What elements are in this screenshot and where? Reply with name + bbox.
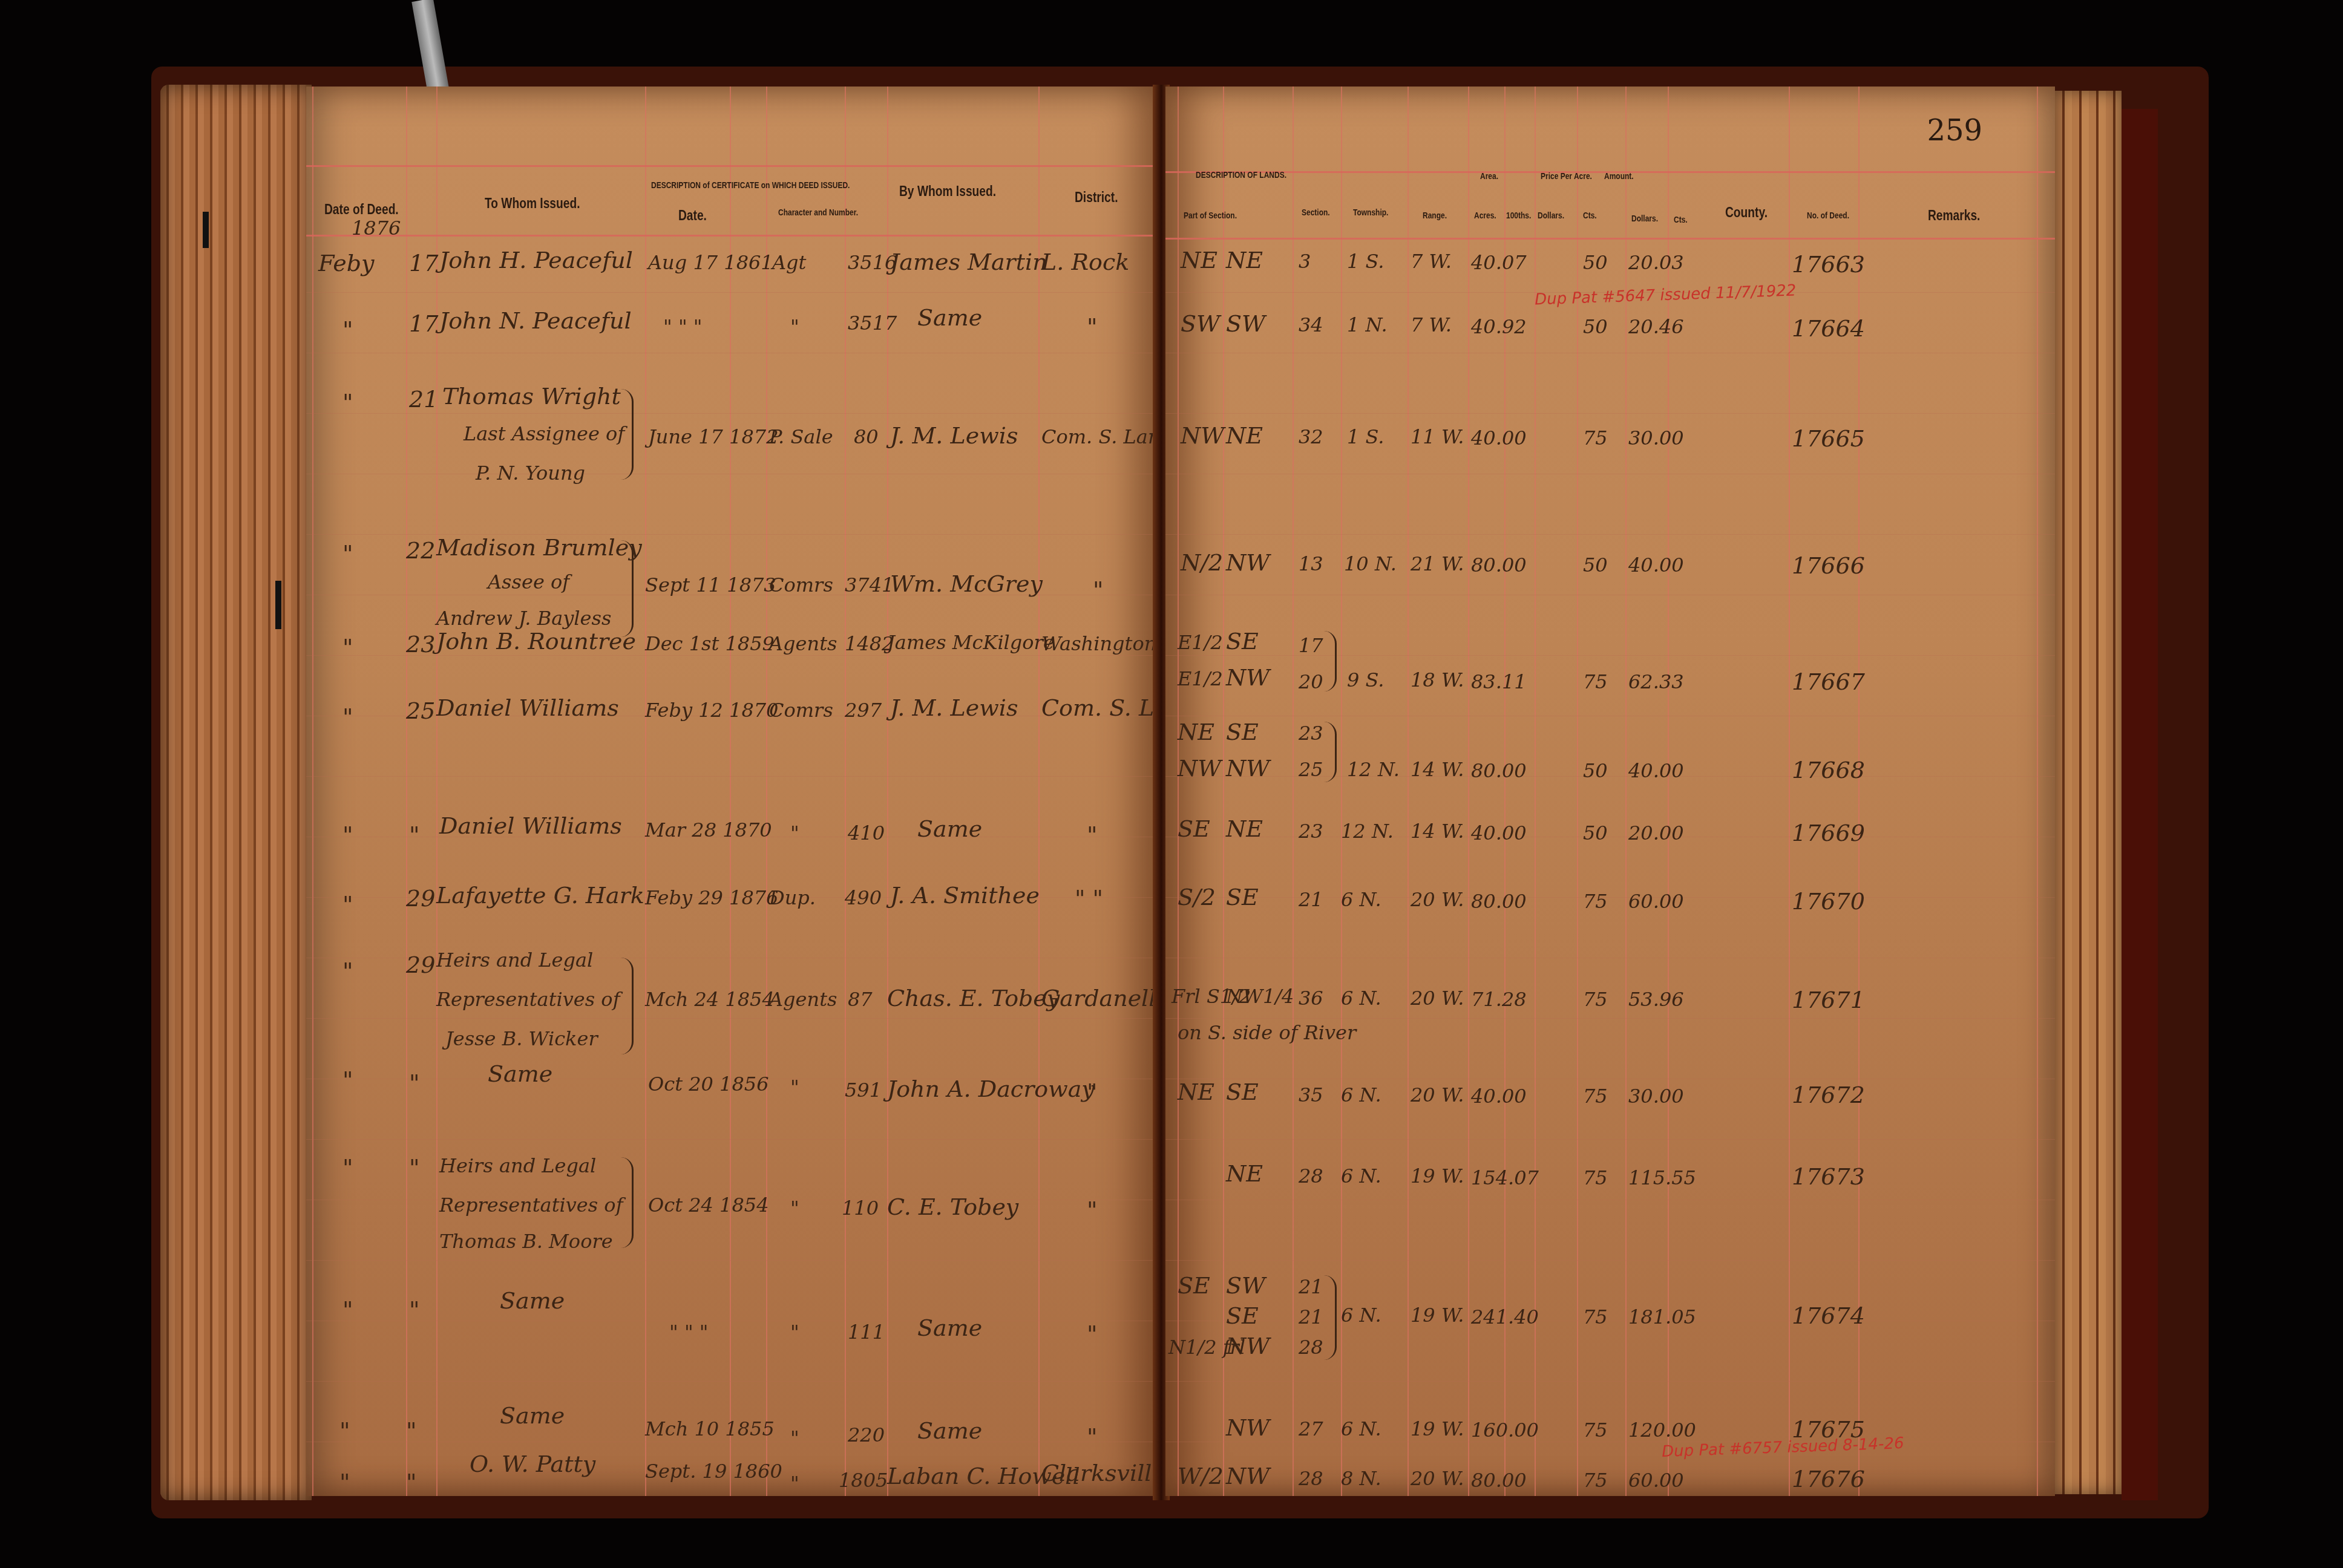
row-day: 17: [409, 310, 438, 337]
right-page-edges: [2055, 91, 2122, 1494]
row-township: 1 S.: [1347, 250, 1384, 273]
row-grantee: Daniel Williams: [439, 812, 622, 839]
grouping-brace: [621, 389, 634, 480]
row-issuer: Wm. McGrey: [890, 570, 1043, 597]
deed-year: 1876: [352, 217, 401, 240]
row-grantee-line3: Andrew J. Bayless: [436, 607, 611, 630]
row-cert-number: 220: [848, 1423, 885, 1446]
row-amount: 60.00: [1628, 890, 1684, 913]
row-deed-number: 17671: [1792, 987, 1865, 1013]
row-cert-character: ": [790, 1076, 799, 1099]
row-cert-character: Agents: [769, 988, 837, 1011]
row-quarter: NW: [1226, 549, 1270, 576]
row-cert-character: ": [790, 1472, 799, 1495]
row-day: ": [406, 1417, 416, 1444]
row-part-of-section: S/2: [1178, 884, 1216, 910]
row-range: 19 W.: [1411, 1417, 1464, 1440]
row-cert-date: Mch 24 1854: [645, 988, 775, 1011]
row-section: 21: [1299, 888, 1323, 911]
header-date-of-deed: Date of Deed.: [324, 201, 399, 218]
row-amount: 30.00: [1628, 426, 1684, 449]
row-month: Feby: [318, 250, 375, 276]
row-grantee: O. W. Patty: [470, 1451, 595, 1477]
row-issuer: Same: [917, 1315, 982, 1341]
row-quarter-2: NW: [1226, 755, 1270, 782]
row-range: 18 W.: [1411, 668, 1464, 691]
row-issuer: James McKilgore: [887, 631, 1055, 654]
row-district: " ": [1075, 885, 1103, 912]
row-acres: 154.07: [1471, 1166, 1539, 1189]
row-district: Gardanelle: [1041, 985, 1170, 1011]
row-section: 32: [1299, 425, 1323, 448]
grouping-brace: [621, 540, 634, 637]
row-range: 14 W.: [1411, 820, 1464, 843]
row-cert-number: 410: [848, 822, 885, 844]
row-part-of-section: SW: [1181, 310, 1220, 337]
row-grantee: John B. Rountree: [436, 628, 636, 655]
header-price-cents: Cts.: [1583, 211, 1597, 221]
row-district: Com. S. L.: [1041, 694, 1161, 721]
row-issuer: Same: [917, 815, 982, 842]
row-day: ": [409, 822, 419, 848]
row-cert-date: Sept 11 1873: [645, 573, 776, 596]
row-deed-number: 17673: [1792, 1163, 1865, 1190]
row-acres: 80.00: [1471, 890, 1527, 913]
row-price: 50: [1583, 759, 1608, 782]
row-issuer: C. E. Tobey: [887, 1194, 1018, 1220]
row-cert-number: 110: [842, 1197, 879, 1220]
row-township: 6 N.: [1341, 987, 1381, 1010]
row-grantee: Heirs and Legal: [439, 1154, 596, 1177]
row-deed-number: 17676: [1792, 1466, 1865, 1492]
row-acres: 40.00: [1471, 1085, 1527, 1108]
row-acres: 71.28: [1471, 988, 1527, 1011]
row-part-of-section: NE: [1181, 247, 1217, 273]
row-section: 34: [1299, 313, 1323, 336]
row-amount: 115.55: [1628, 1166, 1696, 1189]
row-section-2: 25: [1299, 758, 1323, 781]
header-area-group: Area.: [1480, 171, 1498, 181]
row-remark-duplicate-patent: Dup Pat #6757 issued 8-14-26: [1662, 1434, 1904, 1461]
row-grantee: Madison Brumley: [436, 534, 642, 561]
row-price: 75: [1583, 1166, 1608, 1189]
row-part-of-section: NE: [1178, 1079, 1214, 1105]
row-amount: 40.00: [1628, 554, 1684, 577]
row-land-note: on S. side of River: [1178, 1021, 1356, 1044]
row-section: 36: [1299, 987, 1323, 1010]
row-cert-date: Mch 10 1855: [645, 1417, 775, 1440]
row-month: ": [339, 1469, 350, 1495]
row-price: 75: [1583, 1419, 1608, 1442]
row-township: 6 N.: [1341, 1304, 1381, 1327]
row-quarter: NE: [1226, 815, 1263, 842]
row-acres: 80.00: [1471, 1469, 1527, 1492]
row-part-of-section: SE: [1178, 815, 1210, 842]
row-amount: 62.33: [1628, 670, 1684, 693]
row-range: 20 W.: [1411, 1467, 1464, 1490]
row-part-of-section-2: E1/2: [1178, 667, 1223, 690]
row-cert-character: Agt: [772, 251, 806, 274]
row-quarter: NW: [1226, 1414, 1270, 1441]
row-township: 6 N.: [1341, 1083, 1381, 1106]
row-range: 14 W.: [1411, 758, 1464, 781]
row-cert-date: Feby 12 1870: [645, 699, 778, 722]
row-amount: 60.00: [1628, 1469, 1684, 1492]
row-cert-date: Oct 20 1856: [648, 1073, 769, 1096]
row-township: 1 S.: [1347, 425, 1384, 448]
row-price: 75: [1583, 1469, 1608, 1492]
row-day: 25: [406, 697, 435, 724]
row-price: 50: [1583, 315, 1608, 338]
row-cert-number: 1805: [839, 1469, 888, 1492]
row-issuer: Chas. E. Tobey: [887, 985, 1060, 1011]
row-price: 75: [1583, 988, 1608, 1011]
row-grantee: Daniel Williams: [436, 694, 619, 721]
row-township: 12 N.: [1341, 820, 1394, 843]
row-issuer: J. A. Smithee: [890, 882, 1040, 909]
row-quarter: SE: [1226, 719, 1259, 745]
row-deed-number: 17672: [1792, 1082, 1865, 1108]
row-township: 9 S.: [1347, 668, 1384, 691]
row-month: ": [342, 958, 353, 984]
row-range: 21 W.: [1411, 552, 1464, 575]
row-quarter: SE: [1226, 628, 1259, 655]
row-part-of-section-2: NW: [1178, 755, 1221, 782]
row-part-of-section: NE: [1178, 719, 1214, 745]
row-district: ": [1093, 577, 1103, 603]
row-deed-number: 17664: [1792, 315, 1865, 342]
row-day: ": [409, 1070, 419, 1096]
row-range: 20 W.: [1411, 888, 1464, 911]
header-to-whom-issued: To Whom Issued.: [485, 195, 580, 212]
row-section: 27: [1299, 1417, 1323, 1440]
row-township: 10 N.: [1344, 552, 1397, 575]
row-quarter: SE: [1226, 1079, 1259, 1105]
row-grantee: Same: [500, 1402, 565, 1429]
row-range: 20 W.: [1411, 1083, 1464, 1106]
page-number: 259: [1927, 114, 1982, 148]
row-grantee: Same: [500, 1287, 565, 1314]
row-cert-character: P. Sale: [769, 425, 833, 448]
header-hundredths: 100ths.: [1506, 211, 1531, 221]
row-grantee: John H. Peaceful: [439, 247, 633, 273]
row-quarter-2: SE: [1226, 1302, 1259, 1329]
row-cert-character: Comrs: [769, 699, 833, 722]
row-township: 1 N.: [1347, 313, 1388, 336]
row-quarter: SE: [1226, 884, 1259, 910]
row-deed-number: 17668: [1792, 757, 1865, 783]
row-range: 20 W.: [1411, 987, 1464, 1010]
row-cert-character: Comrs: [769, 573, 833, 596]
row-amount: 181.05: [1628, 1305, 1696, 1328]
row-deed-number: 17669: [1792, 820, 1865, 846]
row-deed-number: 17665: [1792, 425, 1865, 452]
header-cert-character: Character and Number.: [778, 207, 858, 218]
row-cert-number: 80: [854, 425, 879, 448]
row-cert-character: ": [790, 315, 799, 338]
row-amount: 40.00: [1628, 759, 1684, 782]
row-acres: 160.00: [1471, 1419, 1539, 1442]
page-tab-marker: [203, 212, 209, 248]
row-cert-number: 3741: [845, 573, 894, 596]
row-cert-date: Sept. 19 1860: [645, 1460, 782, 1483]
header-section: Section.: [1302, 207, 1330, 218]
row-grantee: Same: [488, 1060, 552, 1087]
row-cert-character: Agents: [769, 632, 837, 655]
row-month: ": [342, 1154, 353, 1181]
row-cert-date: Dec 1st 1859: [645, 632, 775, 655]
page-tab-marker: [275, 581, 281, 629]
row-range: 19 W.: [1411, 1165, 1464, 1187]
row-cert-number: 87: [848, 988, 873, 1011]
row-month: ": [342, 1296, 353, 1323]
row-part-of-section: SE: [1178, 1272, 1210, 1299]
grouping-brace: [1324, 631, 1337, 691]
row-range: 7 W.: [1411, 250, 1452, 273]
row-acres: 40.07: [1471, 251, 1527, 274]
row-grantee: Thomas Wright: [442, 383, 621, 410]
row-remark-duplicate-patent: Dup Pat #5647 issued 11/7/1922: [1535, 281, 1797, 309]
header-remarks: Remarks.: [1928, 207, 1980, 224]
row-district: Clarksville: [1041, 1460, 1165, 1486]
row-cert-character: ": [790, 1321, 799, 1344]
left-page: Date of Deed. 1876 To Whom Issued. DESCR…: [306, 87, 1159, 1496]
row-section-2: 21: [1299, 1305, 1323, 1328]
row-month: ": [342, 389, 353, 416]
row-part-of-section: E1/2: [1178, 631, 1223, 654]
row-range: 11 W.: [1411, 425, 1464, 448]
header-township: Township.: [1353, 207, 1388, 218]
row-cert-date: Mar 28 1870: [645, 818, 772, 841]
row-cert-date: " " ": [669, 1321, 709, 1344]
left-page-edges: [160, 85, 312, 1500]
row-month: ": [342, 891, 353, 918]
row-grantee: John N. Peaceful: [439, 307, 632, 334]
right-page: 259 DESCRIPTION OF LANDS. Area. Price Pe…: [1165, 87, 2055, 1496]
row-month: ": [342, 822, 353, 848]
header-range: Range.: [1423, 211, 1447, 221]
row-cert-date: " " ": [663, 315, 703, 338]
row-month: ": [342, 316, 353, 343]
row-section: 3: [1299, 250, 1311, 273]
header-amount-dollars: Dollars.: [1631, 214, 1658, 224]
row-part-of-section: N/2: [1181, 549, 1223, 576]
row-cert-number: 591: [845, 1079, 882, 1102]
row-day: 21: [409, 386, 438, 413]
header-lands-group: DESCRIPTION OF LANDS.: [1196, 170, 1286, 180]
row-cert-date: Feby 29 1876: [645, 886, 778, 909]
row-amount: 20.46: [1628, 315, 1684, 338]
row-grantee-line2: Representatives of: [439, 1194, 623, 1217]
row-price: 50: [1583, 822, 1608, 844]
row-cert-character: ": [790, 822, 799, 844]
row-price: 75: [1583, 1305, 1608, 1328]
row-township: 6 N.: [1341, 1417, 1381, 1440]
row-township: 6 N.: [1341, 888, 1381, 911]
row-issuer: John A. Dacroway: [887, 1076, 1095, 1102]
row-acres: 40.00: [1471, 426, 1527, 449]
row-grantee-line2: Assee of: [488, 570, 569, 593]
row-section: 17: [1299, 634, 1323, 657]
row-township: 12 N.: [1347, 758, 1400, 781]
row-month: ": [342, 704, 353, 730]
header-cert-date: Date.: [678, 207, 707, 224]
row-section: 13: [1299, 552, 1323, 575]
row-day: 22: [406, 537, 435, 564]
header-by-whom-issued: By Whom Issued.: [899, 183, 996, 200]
row-issuer: Same: [917, 304, 982, 331]
row-section: 21: [1299, 1275, 1323, 1298]
row-district: ": [1087, 1321, 1097, 1347]
row-deed-number: 17663: [1792, 251, 1865, 278]
row-district: ": [1087, 1079, 1097, 1105]
row-grantee-line2: Last Assignee of: [464, 422, 624, 445]
row-township: 6 N.: [1341, 1165, 1381, 1187]
row-cert-number: 297: [845, 699, 882, 722]
row-quarter: NW1/4: [1226, 985, 1294, 1008]
row-cert-date: Aug 17 1861: [648, 251, 773, 274]
row-acres: 80.00: [1471, 554, 1527, 577]
header-part-of-section: Part of Section.: [1184, 211, 1237, 221]
row-amount: 120.00: [1628, 1419, 1696, 1442]
row-month: ": [339, 1417, 350, 1444]
row-section: 23: [1299, 722, 1323, 745]
row-month: ": [342, 634, 353, 661]
row-acres: 241.40: [1471, 1305, 1539, 1328]
row-amount: 20.00: [1628, 822, 1684, 844]
header-county: County.: [1725, 204, 1768, 221]
row-acres: 80.00: [1471, 759, 1527, 782]
row-section: 28: [1299, 1165, 1323, 1187]
row-cert-number: 111: [848, 1321, 885, 1344]
header-acres: Acres.: [1474, 211, 1496, 221]
header-district: District.: [1075, 189, 1118, 206]
row-cert-character: ": [790, 1197, 799, 1220]
row-quarter-3: NW: [1226, 1333, 1270, 1359]
row-district: ": [1087, 313, 1097, 340]
row-price: 50: [1583, 251, 1608, 274]
row-deed-number: 17666: [1792, 552, 1865, 579]
row-quarter: SW: [1226, 1272, 1265, 1299]
row-quarter: NW: [1226, 1463, 1270, 1489]
row-day: 29: [406, 885, 435, 912]
row-quarter: NE: [1226, 422, 1263, 449]
row-price: 50: [1583, 554, 1608, 577]
row-district: L. Rock: [1041, 249, 1129, 275]
row-day: 23: [406, 631, 435, 658]
row-price: 75: [1583, 426, 1608, 449]
row-cert-character: Dup.: [769, 886, 816, 909]
row-section: 35: [1299, 1083, 1323, 1106]
row-price: 75: [1583, 670, 1608, 693]
row-day: ": [409, 1296, 419, 1323]
row-quarter: NE: [1226, 247, 1263, 273]
row-deed-number: 17670: [1792, 888, 1865, 915]
row-issuer: J. M. Lewis: [890, 694, 1018, 721]
grouping-brace: [621, 958, 634, 1054]
row-month: ": [342, 540, 353, 567]
row-acres: 83.11: [1471, 670, 1527, 693]
row-cert-character: ": [790, 1426, 799, 1449]
row-month: ": [342, 1067, 353, 1093]
row-grantee: Lafayette G. Hark: [436, 882, 644, 909]
row-quarter-2: NW: [1226, 664, 1270, 691]
row-deed-number: 17667: [1792, 668, 1865, 695]
row-section: 23: [1299, 820, 1323, 843]
row-section: 28: [1299, 1467, 1323, 1490]
row-grantee-line3: Jesse B. Wicker: [445, 1027, 598, 1050]
row-range: 19 W.: [1411, 1304, 1464, 1327]
row-grantee: Heirs and Legal: [436, 949, 593, 972]
row-deed-number: 17674: [1792, 1302, 1865, 1329]
row-cert-number: 490: [845, 886, 882, 909]
row-price: 75: [1583, 1085, 1608, 1108]
header-amount-cents: Cts.: [1674, 215, 1688, 225]
row-amount: 53.96: [1628, 988, 1684, 1011]
row-grantee-line3: Thomas B. Moore: [439, 1230, 613, 1253]
row-day: 29: [406, 952, 435, 978]
row-quarter: NE: [1226, 1160, 1263, 1187]
row-township: 8 N.: [1341, 1467, 1381, 1490]
header-certificate-group: DESCRIPTION of CERTIFICATE on WHICH DEED…: [651, 180, 850, 191]
row-issuer: Same: [917, 1417, 982, 1444]
row-price: 75: [1583, 890, 1608, 913]
row-issuer: J. M. Lewis: [890, 422, 1018, 449]
row-amount: 20.03: [1628, 251, 1684, 274]
row-acres: 40.92: [1471, 315, 1527, 338]
header-deed-number: No. of Deed.: [1807, 211, 1849, 221]
grouping-brace: [1324, 722, 1337, 782]
row-district: Washington: [1041, 632, 1156, 655]
header-price-dollars: Dollars.: [1538, 211, 1564, 221]
row-cert-number: 3517: [848, 312, 897, 335]
row-section-3: 28: [1299, 1336, 1323, 1359]
header-price-group: Price Per Acre.: [1541, 171, 1592, 181]
row-day: 17: [409, 250, 438, 276]
row-part-of-section: NW: [1181, 422, 1224, 449]
ledger-cover-edge: [2122, 109, 2158, 1500]
row-section-2: 20: [1299, 670, 1323, 693]
row-part-of-section: W/2: [1178, 1463, 1224, 1489]
row-range: 7 W.: [1411, 313, 1452, 336]
row-issuer: James Martin: [890, 249, 1047, 275]
row-district: ": [1087, 822, 1097, 848]
grouping-brace: [1324, 1275, 1337, 1360]
row-grantee-line2: Representatives of: [436, 988, 620, 1011]
row-grantee-line3: P. N. Young: [476, 462, 585, 485]
row-district: ": [1087, 1197, 1097, 1223]
row-quarter: SW: [1226, 310, 1265, 337]
row-cert-date: Oct 24 1854: [648, 1194, 769, 1217]
header-amount-group: Amount.: [1604, 171, 1634, 181]
row-day: ": [409, 1154, 419, 1181]
row-acres: 40.00: [1471, 822, 1527, 844]
row-district: ": [1087, 1423, 1097, 1450]
row-day: ": [406, 1469, 416, 1495]
grouping-brace: [621, 1157, 634, 1248]
row-cert-date: June 17 1872: [648, 425, 778, 448]
row-amount: 30.00: [1628, 1085, 1684, 1108]
